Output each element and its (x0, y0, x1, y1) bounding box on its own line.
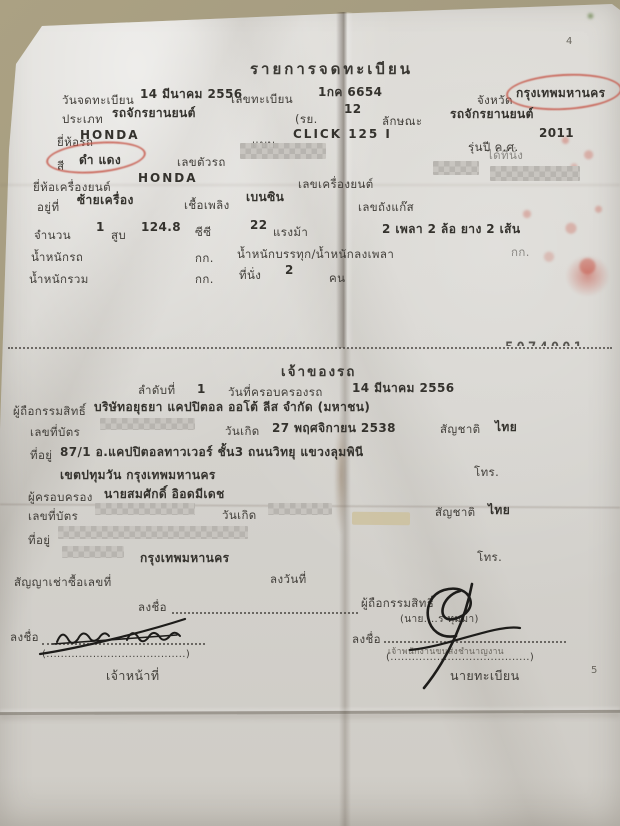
possessor-value: นายสมศักดิ์ อิอดมีเดช (104, 485, 225, 504)
brand-value: HONDA (80, 128, 140, 142)
type-value: รถจักรยานยนต์ (112, 104, 196, 123)
cc-unit: ซีซี (195, 224, 211, 242)
redacted-address2-line2 (62, 546, 124, 558)
plate-label: เลขทะเบียน (231, 91, 293, 109)
engine-position-value: ซ้ายเครื่อง (77, 191, 134, 210)
holder-value: บริษัทอยุธยา แคปปิตอล ออโต้ ลีส จำกัด (ม… (94, 398, 370, 417)
nationality2-value: ไทย (488, 501, 510, 520)
holder-label: ผู้ถือกรรมสิทธิ์ (13, 403, 86, 421)
birth-date-value: 27 พฤศจิกายน 2538 (272, 419, 396, 438)
photo-of-registration-document: รายการจดทะเบียน 4 วันจดทะเบียน 14 มีนาคม… (0, 0, 620, 826)
signature-officer-handwritten (35, 610, 210, 658)
dotted-separator (8, 347, 612, 349)
address-line1: 87/1 อ.แคปปิตอลทาวเวอร์ ชั้น3 ถนนวิทยุ แ… (60, 443, 364, 462)
engine-position-label: อยู่ที่ (37, 199, 59, 217)
seat-note: ได้ที่นั่ง (487, 147, 523, 165)
redacted-birth-date2 (268, 503, 332, 515)
address-line2: เขตปทุมวัน กรุงเทพมหานคร (60, 466, 216, 485)
nationality-value: ไทย (495, 418, 517, 437)
seats-value: 2 (285, 263, 294, 277)
stamp-number: 5074001 (505, 337, 615, 346)
fuel-value: เบนซิน (246, 188, 284, 207)
load-weight-unit: กก. (511, 244, 530, 262)
birth-date2-label: วันเกิด (222, 507, 257, 525)
possessor-label: ผู้ครอบครอง (28, 489, 93, 507)
officer-caption: เจ้าหน้าที่ (106, 666, 159, 686)
fuel-label: เชื้อเพลิง (184, 197, 230, 215)
ry-value: 12 (344, 102, 362, 116)
birth-date-label: วันเกิด (225, 423, 260, 441)
cc-value: 124.8 (141, 220, 181, 234)
load-weight-label: น้ำหนักบรรทุก/น้ำหนักลงเพลา (237, 246, 394, 264)
seats-unit: คน (329, 270, 345, 288)
redacted-address2-line1 (58, 526, 248, 539)
address-label: ที่อยู่ (30, 447, 52, 465)
total-weight-unit: กก. (195, 271, 214, 289)
redacted-engine-number (490, 166, 580, 181)
plate-value: 1กค 6654 (318, 83, 382, 102)
reg-date-value: 14 มีนาคม 2556 (140, 85, 242, 104)
page-number-bottom: 5 (591, 665, 598, 676)
order-value: 1 (197, 382, 206, 396)
red-stain-3 (565, 255, 610, 297)
redacted-chassis-number (240, 143, 326, 159)
signature-registrar-handwritten (392, 578, 527, 696)
redacted-small-block (433, 161, 479, 175)
engine-brand-value: HONDA (138, 171, 198, 185)
cylinders-label: จำนวน (34, 227, 71, 245)
card-number-label: เลขที่บัตร (30, 424, 80, 442)
hp-value: 22 (250, 218, 268, 232)
address2-label: ที่อยู่ (28, 532, 50, 550)
type-label: ประเภท (62, 111, 103, 129)
nationality2-label: สัญชาติ (435, 504, 476, 522)
seats-label: ที่นั่ง (239, 267, 261, 285)
green-speck (586, 12, 595, 20)
tape-strip (352, 512, 410, 526)
document-title: รายการจดทะเบียน (250, 57, 413, 81)
hire-date-label: ลงวันที่ (270, 571, 307, 589)
tel-label: โทร. (474, 464, 499, 482)
card-number2-label: เลขที่บัตร (28, 508, 78, 526)
year-value: 2011 (539, 126, 574, 140)
owner-section-title: เจ้าของรถ (281, 360, 356, 382)
hp-unit: แรงม้า (273, 224, 308, 242)
vehicle-weight-unit: กก. (195, 250, 214, 268)
hire-contract-label: สัญญาเช่าซื้อเลขที่ (14, 574, 112, 592)
redacted-card-number (100, 418, 195, 430)
address2-city: กรุงเทพมหานคร (140, 549, 230, 568)
possession-date-value: 14 มีนาคม 2556 (352, 379, 454, 398)
engine-number-label: เลขเครื่องยนต์ (298, 176, 374, 194)
axle-wheel-text: 2 เพลา 2 ล้อ ยาง 2 เส้น (382, 220, 520, 239)
cylinders-unit: สูบ (111, 227, 126, 245)
body-style-value: รถจักรยานยนต์ (450, 105, 534, 124)
tel2-label: โทร. (477, 549, 502, 567)
cylinders-value: 1 (96, 220, 105, 234)
total-weight-label: น้ำหนักรวม (29, 271, 89, 289)
redacted-card-number2 (95, 503, 195, 515)
chassis-label: เลขตัวรถ (177, 154, 226, 172)
vehicle-weight-label: น้ำหนักรถ (31, 249, 83, 267)
gas-tank-label: เลขถังแก๊ส (358, 199, 414, 217)
page-number-top: 4 (566, 36, 573, 47)
sign-label-right: ลงชื่อ (352, 631, 381, 649)
nationality-label: สัญชาติ (440, 421, 481, 439)
model-value: CLICK 125 I (293, 127, 392, 141)
stamp-number-digits: 5074001 (505, 340, 585, 346)
